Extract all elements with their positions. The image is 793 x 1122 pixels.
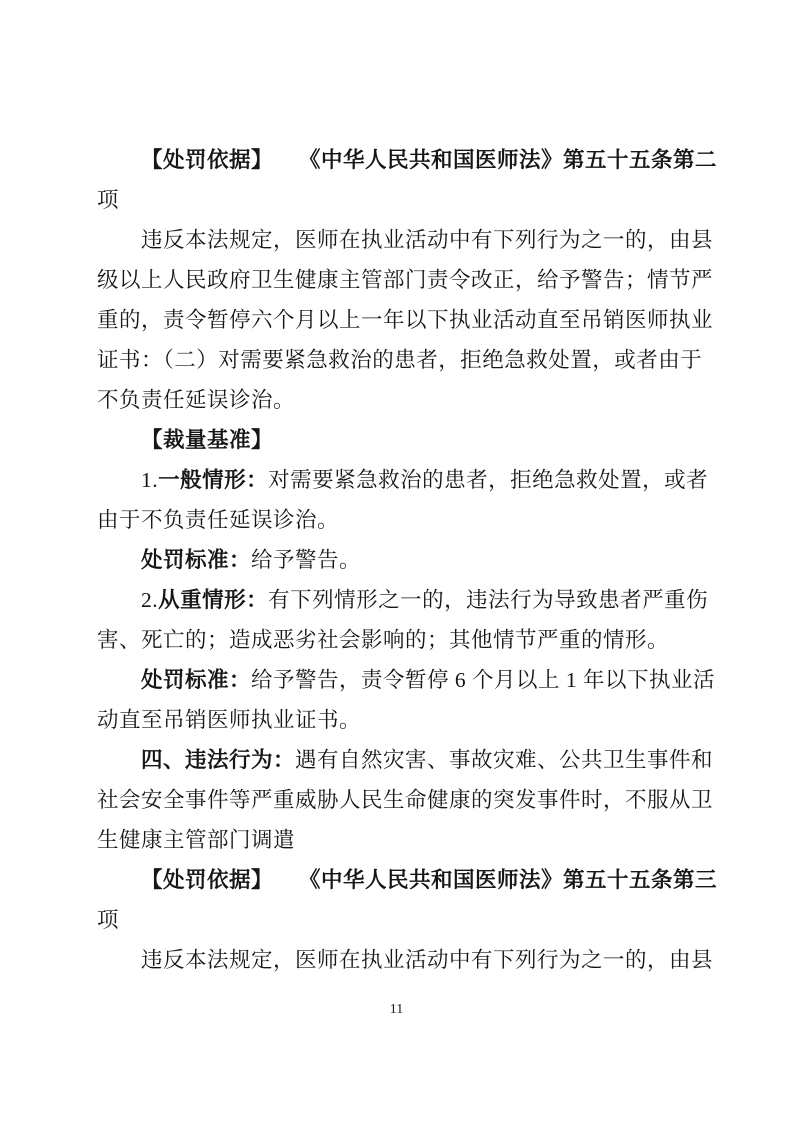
text-segment: 项 <box>97 188 119 212</box>
text-line: 四、违法行为：遇有自然灾害、事故灾难、公共卫生事件和 <box>97 740 709 780</box>
text-line: 社会安全事件等严重威胁人民生命健康的突发事件时，不服从卫 <box>97 780 709 820</box>
text-line: 生健康主管部门调遣 <box>97 820 709 860</box>
text-segment: 违反本法规定，医师在执业活动中有下列行为之一的，由县 <box>141 228 713 252</box>
text-segment: 社会安全事件等严重威胁人民生命健康的突发事件时，不服从卫 <box>97 788 713 812</box>
text-line: 【裁量基准】 <box>97 420 709 460</box>
text-line: 重的，责令暂停六个月以上一年以下执业活动直至吊销医师执业 <box>97 300 709 340</box>
bold-text-segment: 处罚标准： <box>141 548 251 572</box>
text-segment: 级以上人民政府卫生健康主管部门责令改正，给予警告；情节严 <box>97 268 713 292</box>
text-segment: 动直至吊销医师执业证书。 <box>97 708 361 732</box>
text-line: 证书：（二）对需要紧急救治的患者，拒绝急救处置，或者由于 <box>97 340 709 380</box>
text-line: 项 <box>97 900 709 940</box>
document-page: 【处罚依据】《中华人民共和国医师法》第五十五条第二项违反本法规定，医师在执业活动… <box>0 0 793 1122</box>
bold-text-segment: 【裁量基准】 <box>141 428 273 452</box>
text-segment: 对需要紧急救治的患者，拒绝急救处置，或者 <box>268 468 708 492</box>
bold-text-segment: 《中华人民共和国医师法》第五十五条第二 <box>299 148 717 172</box>
bold-text-segment: 处罚标准： <box>141 668 251 692</box>
text-segment: 1. <box>141 468 158 492</box>
text-segment: 项 <box>97 908 119 932</box>
text-line: 违反本法规定，医师在执业活动中有下列行为之一的，由县 <box>97 220 709 260</box>
bold-text-segment: 一般情形： <box>158 468 268 492</box>
text-segment: 害、死亡的；造成恶劣社会影响的；其他情节严重的情形。 <box>97 628 669 652</box>
text-line: 害、死亡的；造成恶劣社会影响的；其他情节严重的情形。 <box>97 620 709 660</box>
text-line: 处罚标准：给予警告。 <box>97 540 709 580</box>
text-segment: 有下列情形之一的，违法行为导致患者严重伤 <box>268 588 708 612</box>
text-line: 违反本法规定，医师在执业活动中有下列行为之一的，由县 <box>97 940 709 980</box>
text-segment: 违反本法规定，医师在执业活动中有下列行为之一的，由县 <box>141 948 713 972</box>
text-line: 项 <box>97 180 709 220</box>
text-line: 不负责任延误诊治。 <box>97 380 709 420</box>
text-segment: 2. <box>141 588 158 612</box>
text-line: 级以上人民政府卫生健康主管部门责令改正，给予警告；情节严 <box>97 260 709 300</box>
bold-text-segment: 【处罚依据】 <box>141 868 273 892</box>
bold-text-segment: 《中华人民共和国医师法》第五十五条第三 <box>299 868 717 892</box>
bold-text-segment: 【处罚依据】 <box>141 148 273 172</box>
heading-gap <box>273 166 299 167</box>
text-segment: 给予警告，责令暂停 6 个月以上 1 年以下执业活 <box>251 668 715 692</box>
text-segment: 给予警告。 <box>251 548 361 572</box>
text-line: 1.一般情形：对需要紧急救治的患者，拒绝急救处置，或者 <box>97 460 709 500</box>
text-segment: 遇有自然灾害、事故灾难、公共卫生事件和 <box>295 748 713 772</box>
text-segment: 由于不负责任延误诊治。 <box>97 508 339 532</box>
text-segment: 证书：（二）对需要紧急救治的患者，拒绝急救处置，或者由于 <box>97 348 702 372</box>
text-line: 处罚标准：给予警告，责令暂停 6 个月以上 1 年以下执业活 <box>97 660 709 700</box>
heading-gap <box>273 886 299 887</box>
text-segment: 不负责任延误诊治。 <box>97 388 295 412</box>
bold-text-segment: 四、违法行为： <box>141 748 295 772</box>
text-line: 2.从重情形：有下列情形之一的，违法行为导致患者严重伤 <box>97 580 709 620</box>
text-segment: 生健康主管部门调遣 <box>97 828 295 852</box>
text-line: 由于不负责任延误诊治。 <box>97 500 709 540</box>
document-body: 【处罚依据】《中华人民共和国医师法》第五十五条第二项违反本法规定，医师在执业活动… <box>97 140 709 980</box>
text-line: 动直至吊销医师执业证书。 <box>97 700 709 740</box>
page-number: 11 <box>0 1001 793 1019</box>
text-line: 【处罚依据】《中华人民共和国医师法》第五十五条第三 <box>97 860 709 900</box>
text-segment: 重的，责令暂停六个月以上一年以下执业活动直至吊销医师执业 <box>97 308 713 332</box>
text-line: 【处罚依据】《中华人民共和国医师法》第五十五条第二 <box>97 140 709 180</box>
bold-text-segment: 从重情形： <box>158 588 268 612</box>
